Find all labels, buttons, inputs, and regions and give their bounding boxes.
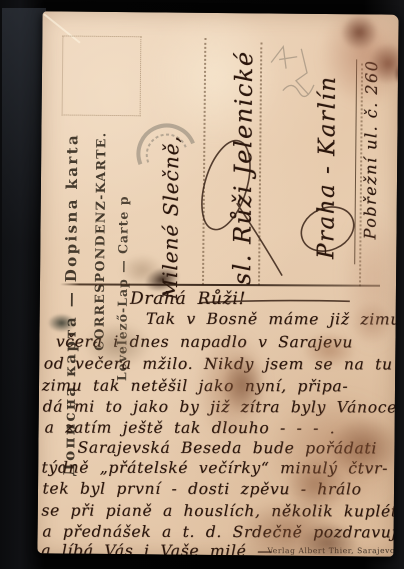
postcard-back: Дописна карта — Dopisna karta CORRESPOND… bbox=[37, 11, 398, 556]
message-line: dá mi to jako by již zítra byly Vánoce bbox=[43, 398, 397, 417]
message-line: Tak v Bosně máme již zimu bbox=[146, 310, 399, 329]
message-line: zimu tak netěšil jako nyní, připa- bbox=[42, 377, 349, 396]
message-block: Drahá Růži! Tak v Bosně máme již zimu vč… bbox=[39, 13, 396, 556]
message-line: od večera mžilo. Nikdy jsem se na tu bbox=[44, 355, 393, 374]
message-line: včera i dnes napadlo v Sarajevu bbox=[56, 333, 353, 352]
message-line: a líbá Vás i Vaše milé — bbox=[41, 542, 273, 557]
message-line: se při pianě a houslích, několik kuplétů bbox=[41, 502, 398, 521]
message-line: tek byl první - dosti zpěvu - hrálo bbox=[42, 480, 361, 499]
publisher-imprint: Verlag Albert Thier, Sarajevo bbox=[267, 546, 395, 555]
message-line: a zatím ještě tak dlouho - - - . bbox=[45, 419, 336, 438]
message-line: týdně „přátelské večírky“ minulý čtvr- bbox=[41, 459, 388, 478]
message-line: Sarajevská Beseda bude pořádati bbox=[78, 439, 377, 458]
message-line: a přednášek a t. d. Srdečně pozdravuje bbox=[42, 523, 398, 542]
message-line: Drahá Růži! bbox=[130, 289, 246, 309]
postcard-photo: Дописна карта — Dopisna karta CORRESPOND… bbox=[0, 0, 404, 569]
